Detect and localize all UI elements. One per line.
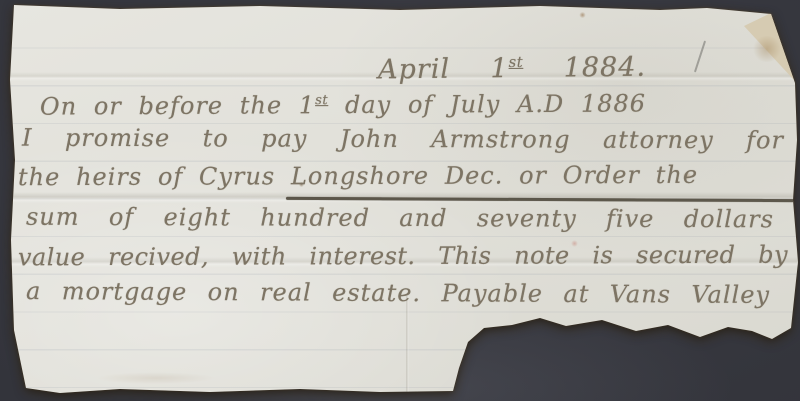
folded-corner-stain bbox=[752, 36, 782, 62]
line-promise-to-pay: I promise to pay John Armstrong attorney… bbox=[22, 123, 784, 156]
stain-spot bbox=[579, 12, 586, 18]
line-heirs-of-cyrus: the heirs of Cyrus Longshore Dec. or Ord… bbox=[18, 160, 698, 192]
photo-background: April 1st 1884. On or before the 1st day… bbox=[0, 0, 800, 401]
superscript-st: st bbox=[508, 53, 523, 71]
superscript-st: st bbox=[315, 93, 328, 108]
paper-crease-vertical bbox=[406, 296, 409, 392]
line-mortgage-payable: a mortgage on real estate. Payable at Va… bbox=[26, 276, 770, 310]
promissory-note-paper: April 1st 1884. On or before the 1st day… bbox=[0, 0, 800, 401]
line-text: On or before the 1 bbox=[40, 91, 315, 120]
line-sum-of-dollars: sum of eight hundred and seventy five do… bbox=[26, 202, 774, 235]
line-value-received: value recived, with interest. This note … bbox=[18, 240, 788, 273]
line-on-or-before: On or before the 1st day of July A.D 188… bbox=[40, 84, 646, 121]
date-line: April 1st 1884. bbox=[378, 46, 646, 86]
stain-spot bbox=[96, 372, 216, 384]
promissory-note-paper-wrap: April 1st 1884. On or before the 1st day… bbox=[0, 0, 800, 401]
date-text: April 1 bbox=[378, 53, 509, 85]
date-year: 1884. bbox=[523, 52, 646, 84]
line-text: day of July A.D 1886 bbox=[328, 89, 646, 119]
